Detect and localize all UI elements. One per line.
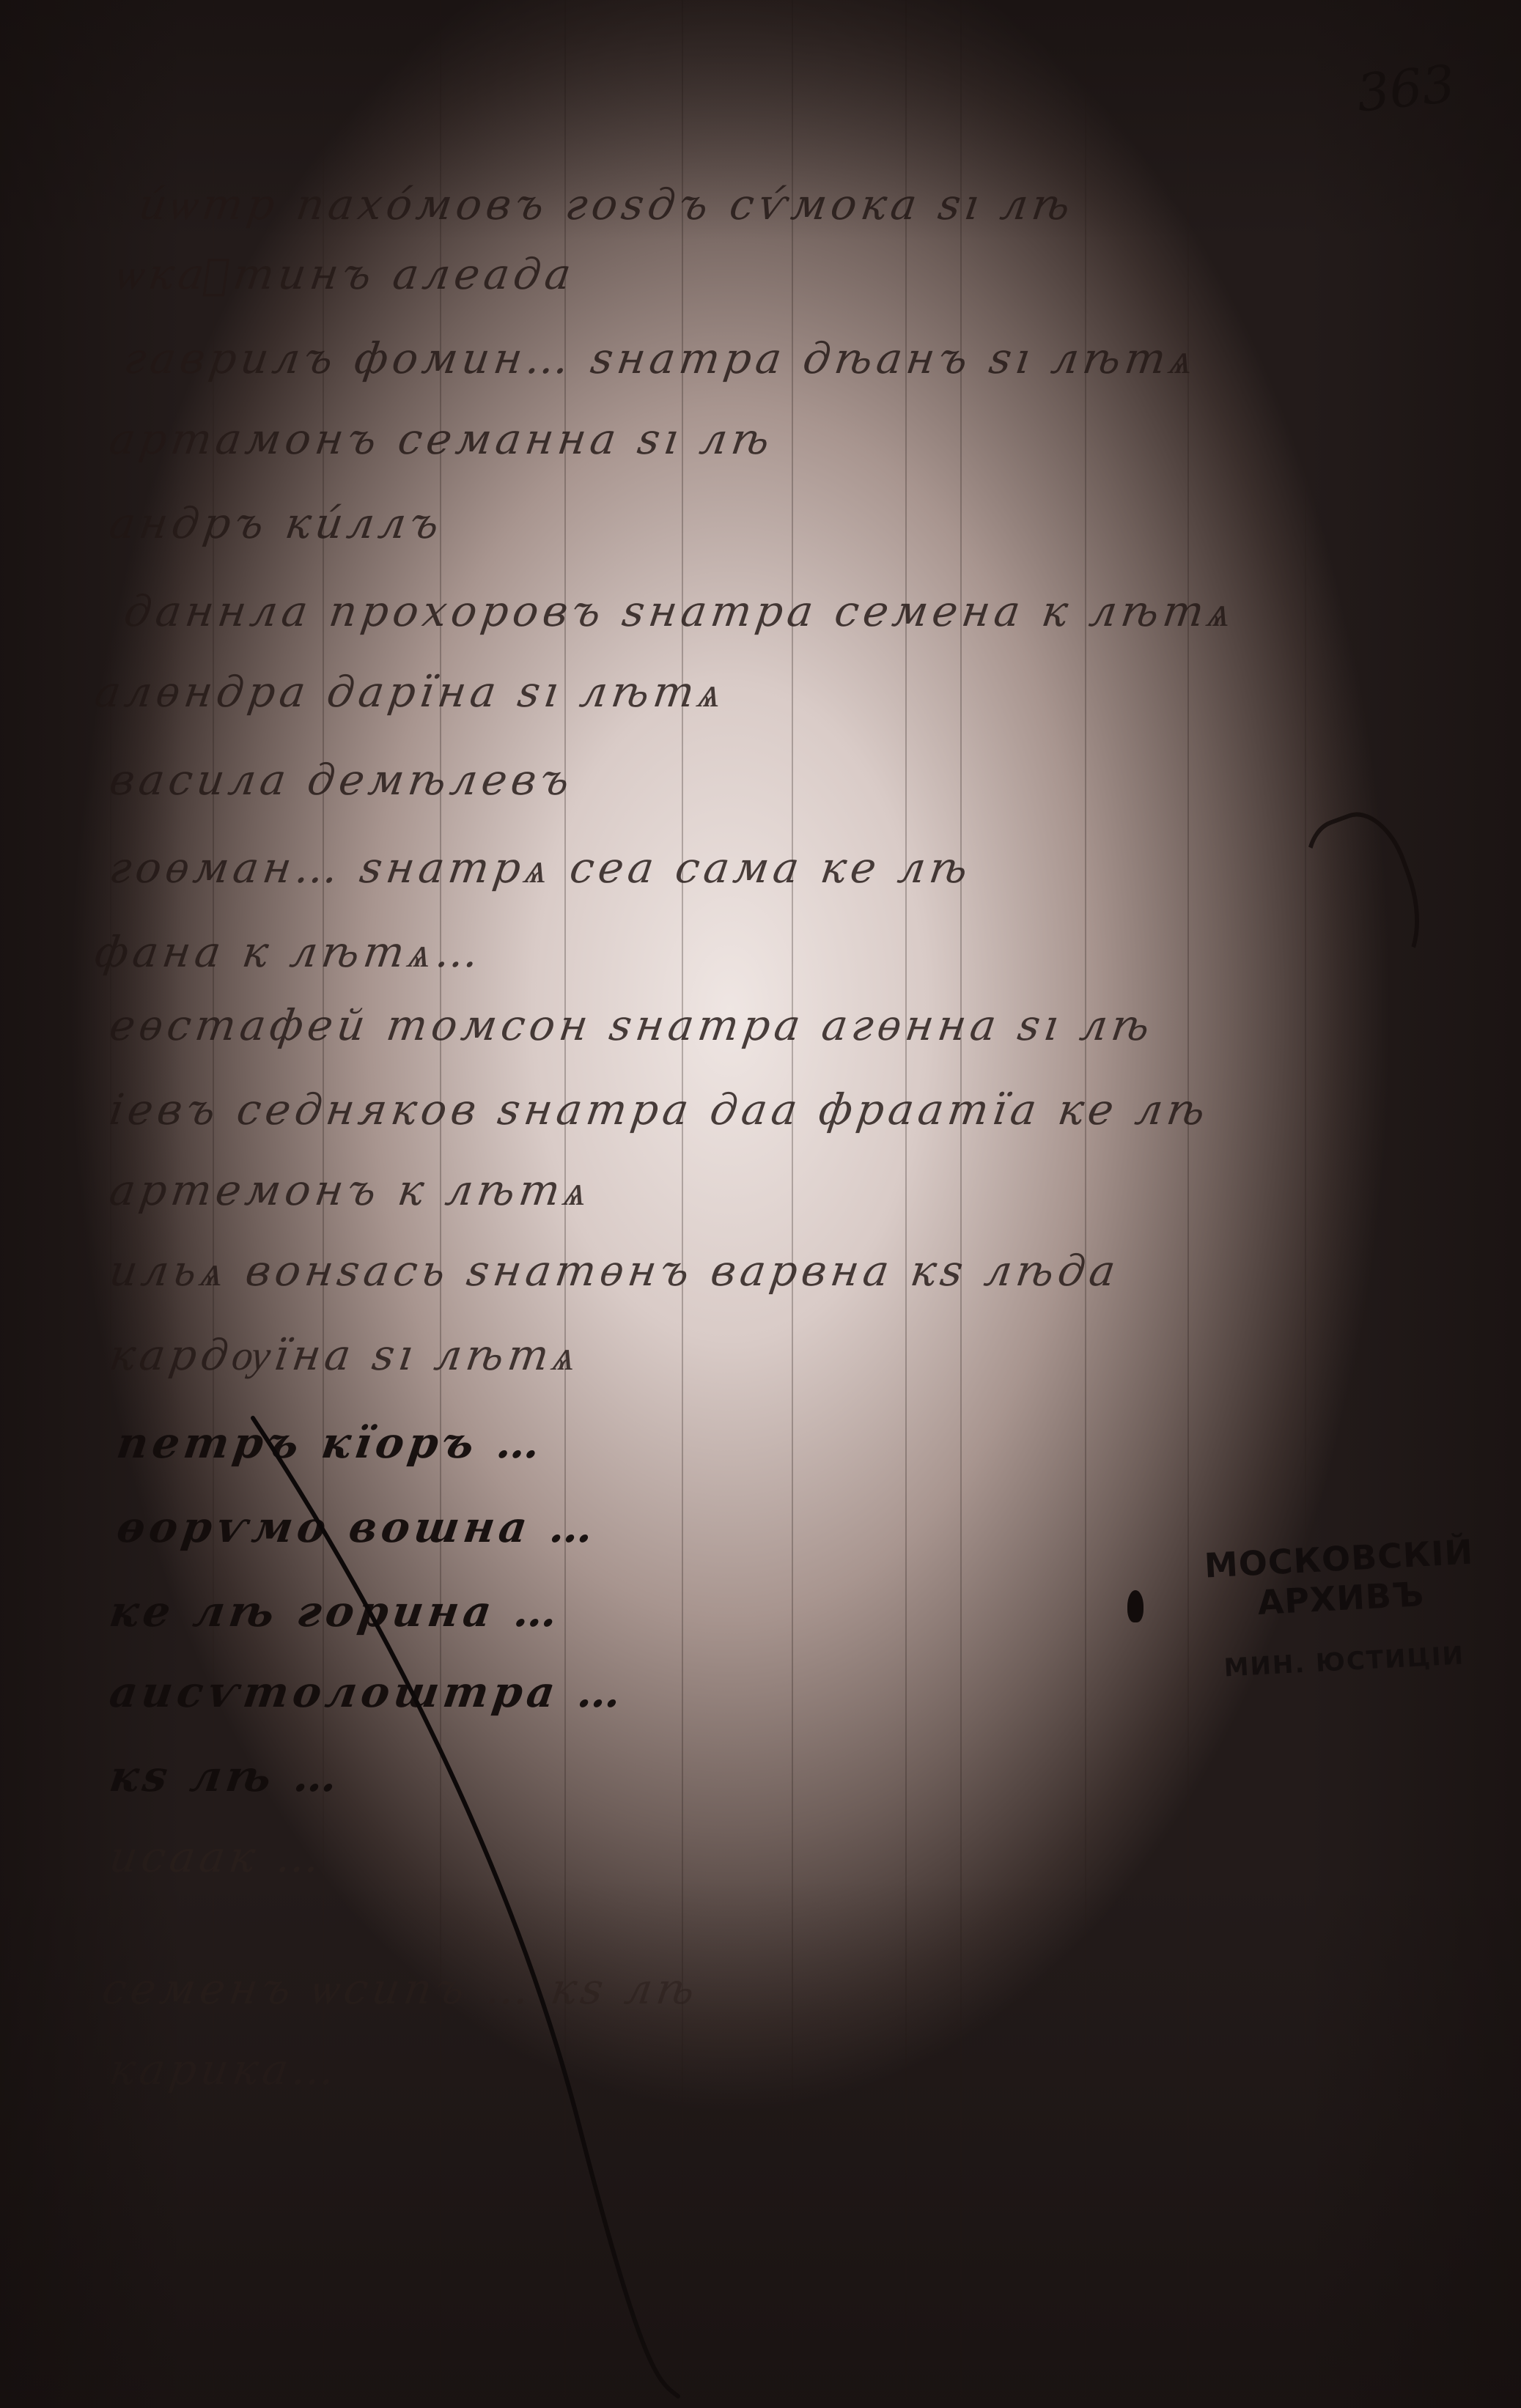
manuscript-line: и́ѡтр пахо́мовъ гоѕдъ сѵ́мока ѕı лѣ bbox=[136, 180, 1078, 229]
manuscript-line: ильѧ вонѕась ѕнатѳнъ варвна кѕ лѣда bbox=[106, 1246, 1123, 1296]
manuscript-line: ѳорѵмо вошна … bbox=[114, 1502, 600, 1552]
ruling-line bbox=[1305, 0, 1306, 2408]
archive-stamp: МОСКОВСКІЙ АРХИВЪ МИН. ЮСТИЦІИ bbox=[1184, 1531, 1498, 1685]
manuscript-line: артемонъ к лѣтѧ bbox=[106, 1165, 595, 1215]
manuscript-line: артамонъ семанна ѕı лѣ bbox=[106, 414, 777, 464]
manuscript-line: ке лѣ горина … bbox=[106, 1587, 565, 1636]
manuscript-line: ѡкаᷣтинъ алеада bbox=[114, 249, 578, 299]
manuscript-line: фана к лѣтѧ… bbox=[92, 927, 486, 977]
manuscript-line: васила демѣлевъ bbox=[106, 755, 577, 805]
manuscript-line: петръ кїоръ … bbox=[114, 1418, 548, 1468]
manuscript-line: іевъ седняков ѕнатра даа фраатїа ке лѣ bbox=[106, 1085, 1212, 1134]
manuscript-line: алѳндра дарїна ѕı лѣтѧ bbox=[92, 667, 729, 717]
stamp-line-1: МОСКОВСКІЙ АРХИВЪ bbox=[1184, 1531, 1495, 1626]
ink-blot bbox=[1127, 1590, 1143, 1622]
manuscript-line: гаврилъ фомин… ѕнатра дѣанъ ѕı лѣтѧ bbox=[121, 333, 1201, 383]
margin-flourish-mark bbox=[1286, 801, 1443, 997]
folio-number: 363 bbox=[1354, 53, 1457, 124]
manuscript-line: кардѹїна ѕı лѣтѧ bbox=[106, 1330, 583, 1380]
manuscript-page: 363 и́ѡтр пахо́мовъ гоѕдъ сѵ́мока ѕı лѣ … bbox=[0, 0, 1521, 2408]
stamp-line-2: МИН. ЮСТИЦІИ bbox=[1190, 1639, 1499, 1685]
manuscript-line: карика… bbox=[106, 2045, 342, 2094]
manuscript-line: даннла прохоровъ ѕнатра семена к лѣтѧ bbox=[121, 586, 1239, 636]
manuscript-line: кѕ лѣ … bbox=[106, 1751, 345, 1801]
manuscript-line: семенъ ѡсипъ … кѕ лѣ bbox=[99, 1964, 702, 2014]
manuscript-line: еѳстафей томсон ѕнатра агѳнна ѕı лѣ bbox=[106, 1000, 1157, 1050]
ruling-line bbox=[1422, 0, 1424, 2408]
manuscript-line: гоѳман… ѕнатрѧ сеа сама ке лѣ bbox=[106, 843, 975, 893]
manuscript-line: исаак … bbox=[106, 1832, 328, 1882]
manuscript-line: аисѵтолоштра … bbox=[106, 1667, 628, 1717]
manuscript-line: андръ ки́ллъ bbox=[106, 498, 446, 548]
